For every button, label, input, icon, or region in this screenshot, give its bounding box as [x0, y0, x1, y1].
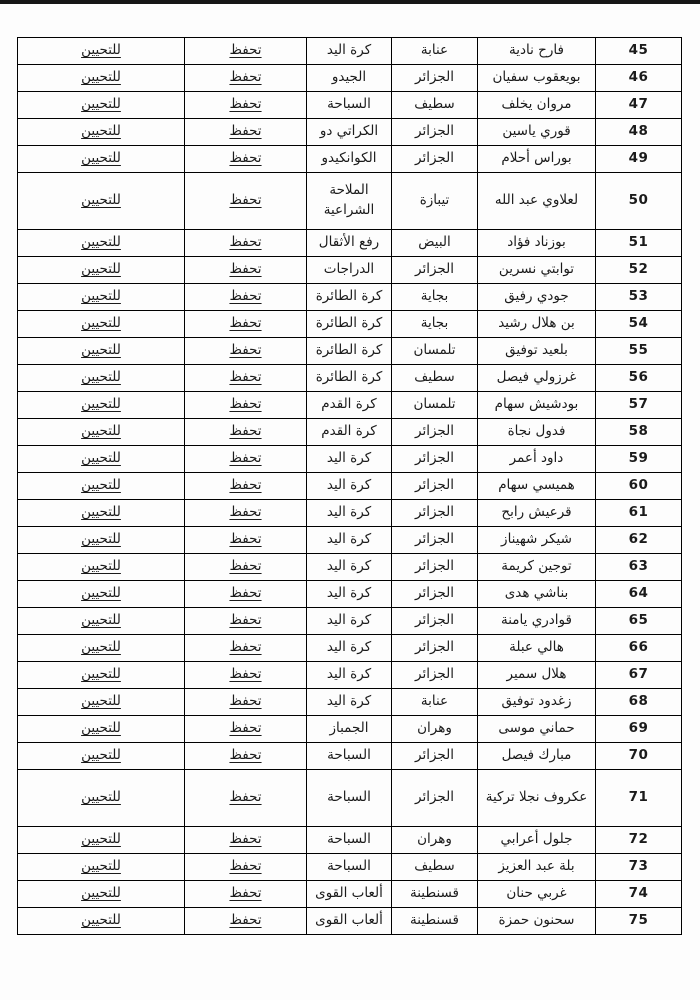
city-cell: الجزائر: [392, 662, 478, 689]
city-cell: الجزائر: [392, 473, 478, 500]
sport-cell: الكوانكيدو: [307, 146, 392, 173]
update-action-cell: للتحيين: [18, 743, 185, 770]
city-cell: تلمسان: [392, 392, 478, 419]
city-cell: سطيف: [392, 365, 478, 392]
update-link[interactable]: للتحيين: [81, 342, 121, 358]
city-cell: وهران: [392, 716, 478, 743]
save-link[interactable]: تحفظ: [229, 720, 261, 736]
city-cell: قسنطينة: [392, 908, 478, 935]
update-link[interactable]: للتحيين: [81, 96, 121, 112]
table-row: 75 سحنون حمزة قسنطينة ألعاب القوى تحفظ ل…: [18, 908, 682, 935]
sport-cell: كرة الطائرة: [307, 338, 392, 365]
save-link[interactable]: تحفظ: [229, 342, 261, 358]
city-cell: الجزائر: [392, 500, 478, 527]
save-link[interactable]: تحفظ: [229, 396, 261, 412]
table-row: 66 هالي عبلة الجزائر كرة اليد تحفظ للتحي…: [18, 635, 682, 662]
update-link[interactable]: للتحيين: [81, 747, 121, 763]
save-action-cell: تحفظ: [185, 230, 307, 257]
athlete-name-cell: قرعيش رابح: [478, 500, 596, 527]
update-link[interactable]: للتحيين: [81, 720, 121, 736]
athlete-name-cell: سحنون حمزة: [478, 908, 596, 935]
table-row: 49 بوراس أحلام الجزائر الكوانكيدو تحفظ ل…: [18, 146, 682, 173]
row-number-cell: 70: [596, 743, 682, 770]
athlete-name-cell: قوري ياسين: [478, 119, 596, 146]
update-link[interactable]: للتحيين: [81, 585, 121, 601]
roster-table-body: 45 فارح نادية عنابة كرة اليد تحفظ للتحيي…: [18, 38, 682, 935]
city-cell: قسنطينة: [392, 881, 478, 908]
table-row: 53 جودي رفيق بجاية كرة الطائرة تحفظ للتح…: [18, 284, 682, 311]
row-number-cell: 73: [596, 854, 682, 881]
save-action-cell: تحفظ: [185, 284, 307, 311]
athlete-name-cell: جلول أعرابي: [478, 827, 596, 854]
save-action-cell: تحفظ: [185, 173, 307, 230]
sport-cell: الجيدو: [307, 65, 392, 92]
table-row: 65 قوادري يامنة الجزائر كرة اليد تحفظ لل…: [18, 608, 682, 635]
athlete-name-cell: بودشيش سهام: [478, 392, 596, 419]
row-number-cell: 64: [596, 581, 682, 608]
table-row: 51 بوزناد فؤاد البيض رفع الأثقال تحفظ لل…: [18, 230, 682, 257]
update-link[interactable]: للتحيين: [81, 693, 121, 709]
update-link[interactable]: للتحيين: [81, 192, 121, 208]
athlete-name-cell: هالي عبلة: [478, 635, 596, 662]
save-link[interactable]: تحفظ: [229, 747, 261, 763]
update-action-cell: للتحيين: [18, 284, 185, 311]
update-link[interactable]: للتحيين: [81, 288, 121, 304]
table-row: 48 قوري ياسين الجزائر الكراتي دو تحفظ لل…: [18, 119, 682, 146]
save-link[interactable]: تحفظ: [229, 504, 261, 520]
update-action-cell: للتحيين: [18, 392, 185, 419]
athlete-name-cell: بويعقوب سفيان: [478, 65, 596, 92]
sport-cell: رفع الأثقال: [307, 230, 392, 257]
update-action-cell: للتحيين: [18, 854, 185, 881]
table-row: 61 قرعيش رابح الجزائر كرة اليد تحفظ للتح…: [18, 500, 682, 527]
update-link[interactable]: للتحيين: [81, 558, 121, 574]
athlete-name-cell: توابتي نسرين: [478, 257, 596, 284]
save-action-cell: تحفظ: [185, 473, 307, 500]
update-link[interactable]: للتحيين: [81, 234, 121, 250]
sport-cell: كرة القدم: [307, 419, 392, 446]
update-action-cell: للتحيين: [18, 119, 185, 146]
table-row: 47 مروان يخلف سطيف السباحة تحفظ للتحيين: [18, 92, 682, 119]
sport-cell: كرة اليد: [307, 581, 392, 608]
update-action-cell: للتحيين: [18, 581, 185, 608]
row-number-cell: 49: [596, 146, 682, 173]
update-action-cell: للتحيين: [18, 446, 185, 473]
save-action-cell: تحفظ: [185, 311, 307, 338]
page-top-divider: [0, 0, 700, 4]
table-row: 62 شيكر شهيناز الجزائر كرة اليد تحفظ للت…: [18, 527, 682, 554]
save-action-cell: تحفظ: [185, 365, 307, 392]
athlete-name-cell: غربي حنان: [478, 881, 596, 908]
update-action-cell: للتحيين: [18, 473, 185, 500]
city-cell: الجزائر: [392, 635, 478, 662]
update-action-cell: للتحيين: [18, 365, 185, 392]
sport-cell: كرة اليد: [307, 554, 392, 581]
city-cell: الجزائر: [392, 65, 478, 92]
update-action-cell: للتحيين: [18, 716, 185, 743]
save-link[interactable]: تحفظ: [229, 585, 261, 601]
update-action-cell: للتحيين: [18, 881, 185, 908]
sport-cell: كرة اليد: [307, 689, 392, 716]
save-action-cell: تحفظ: [185, 689, 307, 716]
update-link[interactable]: للتحيين: [81, 912, 121, 928]
save-action-cell: تحفظ: [185, 392, 307, 419]
save-link[interactable]: تحفظ: [229, 123, 261, 139]
update-link[interactable]: للتحيين: [81, 123, 121, 139]
row-number-cell: 56: [596, 365, 682, 392]
update-action-cell: للتحيين: [18, 908, 185, 935]
row-number-cell: 53: [596, 284, 682, 311]
athlete-name-cell: غرزولي فيصل: [478, 365, 596, 392]
city-cell: سطيف: [392, 92, 478, 119]
row-number-cell: 50: [596, 173, 682, 230]
sport-cell: ألعاب القوى: [307, 908, 392, 935]
save-action-cell: تحفظ: [185, 662, 307, 689]
table-row: 69 حماني موسى وهران الجمباز تحفظ للتحيين: [18, 716, 682, 743]
save-link[interactable]: تحفظ: [229, 831, 261, 847]
athlete-name-cell: بن هلال رشيد: [478, 311, 596, 338]
city-cell: الجزائر: [392, 146, 478, 173]
update-action-cell: للتحيين: [18, 770, 185, 827]
save-link[interactable]: تحفظ: [229, 69, 261, 85]
save-action-cell: تحفظ: [185, 554, 307, 581]
update-action-cell: للتحيين: [18, 662, 185, 689]
athlete-name-cell: هميسي سهام: [478, 473, 596, 500]
athlete-name-cell: توجين كريمة: [478, 554, 596, 581]
table-row: 55 بلعيد توفيق تلمسان كرة الطائرة تحفظ ل…: [18, 338, 682, 365]
update-link[interactable]: للتحيين: [81, 789, 121, 805]
row-number-cell: 46: [596, 65, 682, 92]
city-cell: الجزائر: [392, 419, 478, 446]
sport-cell: كرة اليد: [307, 473, 392, 500]
update-action-cell: للتحيين: [18, 311, 185, 338]
update-action-cell: للتحيين: [18, 554, 185, 581]
update-link[interactable]: للتحيين: [81, 831, 121, 847]
sport-cell: الكراتي دو: [307, 119, 392, 146]
save-link[interactable]: تحفظ: [229, 450, 261, 466]
city-cell: الجزائر: [392, 119, 478, 146]
table-row: 58 فدول نجاة الجزائر كرة القدم تحفظ للتح…: [18, 419, 682, 446]
row-number-cell: 58: [596, 419, 682, 446]
row-number-cell: 69: [596, 716, 682, 743]
update-link[interactable]: للتحيين: [81, 423, 121, 439]
save-link[interactable]: تحفظ: [229, 315, 261, 331]
update-action-cell: للتحيين: [18, 419, 185, 446]
row-number-cell: 62: [596, 527, 682, 554]
city-cell: الجزائر: [392, 608, 478, 635]
athlete-name-cell: فدول نجاة: [478, 419, 596, 446]
row-number-cell: 45: [596, 38, 682, 65]
row-number-cell: 67: [596, 662, 682, 689]
sport-cell: كرة اليد: [307, 38, 392, 65]
update-action-cell: للتحيين: [18, 38, 185, 65]
athlete-name-cell: جودي رفيق: [478, 284, 596, 311]
row-number-cell: 52: [596, 257, 682, 284]
table-row: 72 جلول أعرابي وهران السباحة تحفظ للتحيي…: [18, 827, 682, 854]
athlete-name-cell: بوزناد فؤاد: [478, 230, 596, 257]
city-cell: الجزائر: [392, 554, 478, 581]
sport-cell: الجمباز: [307, 716, 392, 743]
city-cell: الجزائر: [392, 257, 478, 284]
save-link[interactable]: تحفظ: [229, 558, 261, 574]
save-link[interactable]: تحفظ: [229, 789, 261, 805]
athlete-name-cell: مروان يخلف: [478, 92, 596, 119]
sport-cell: كرة الطائرة: [307, 311, 392, 338]
city-cell: الجزائر: [392, 581, 478, 608]
table-row: 67 هلال سمير الجزائر كرة اليد تحفظ للتحي…: [18, 662, 682, 689]
save-link[interactable]: تحفظ: [229, 693, 261, 709]
save-link[interactable]: تحفظ: [229, 288, 261, 304]
row-number-cell: 55: [596, 338, 682, 365]
row-number-cell: 59: [596, 446, 682, 473]
save-link[interactable]: تحفظ: [229, 234, 261, 250]
save-action-cell: تحفظ: [185, 146, 307, 173]
row-number-cell: 72: [596, 827, 682, 854]
save-link[interactable]: تحفظ: [229, 369, 261, 385]
save-link[interactable]: تحفظ: [229, 423, 261, 439]
save-link[interactable]: تحفظ: [229, 858, 261, 874]
document-page: 45 فارح نادية عنابة كرة اليد تحفظ للتحيي…: [0, 0, 700, 1000]
update-link[interactable]: للتحيين: [81, 69, 121, 85]
save-action-cell: تحفظ: [185, 908, 307, 935]
city-cell: تيبازة: [392, 173, 478, 230]
update-link[interactable]: للتحيين: [81, 504, 121, 520]
save-action-cell: تحفظ: [185, 92, 307, 119]
sport-cell: كرة القدم: [307, 392, 392, 419]
sport-cell: ألعاب القوى: [307, 881, 392, 908]
row-number-cell: 54: [596, 311, 682, 338]
save-action-cell: تحفظ: [185, 338, 307, 365]
row-number-cell: 57: [596, 392, 682, 419]
sport-cell: السباحة: [307, 770, 392, 827]
sport-cell: كرة اليد: [307, 635, 392, 662]
update-action-cell: للتحيين: [18, 608, 185, 635]
save-link[interactable]: تحفظ: [229, 912, 261, 928]
update-action-cell: للتحيين: [18, 173, 185, 230]
save-link[interactable]: تحفظ: [229, 261, 261, 277]
update-link[interactable]: للتحيين: [81, 42, 121, 58]
row-number-cell: 48: [596, 119, 682, 146]
update-link[interactable]: للتحيين: [81, 396, 121, 412]
save-action-cell: تحفظ: [185, 119, 307, 146]
update-action-cell: للتحيين: [18, 146, 185, 173]
save-action-cell: تحفظ: [185, 527, 307, 554]
row-number-cell: 66: [596, 635, 682, 662]
update-link[interactable]: للتحيين: [81, 315, 121, 331]
save-action-cell: تحفظ: [185, 500, 307, 527]
table-row: 68 زغدود توفيق عنابة كرة اليد تحفظ للتحي…: [18, 689, 682, 716]
athlete-name-cell: فارح نادية: [478, 38, 596, 65]
athlete-name-cell: بلعيد توفيق: [478, 338, 596, 365]
update-action-cell: للتحيين: [18, 500, 185, 527]
table-row: 73 بلة عبد العزيز سطيف السباحة تحفظ للتح…: [18, 854, 682, 881]
update-link[interactable]: للتحيين: [81, 369, 121, 385]
table-row: 45 فارح نادية عنابة كرة اليد تحفظ للتحيي…: [18, 38, 682, 65]
sport-cell: السباحة: [307, 743, 392, 770]
row-number-cell: 68: [596, 689, 682, 716]
sport-cell: كرة اليد: [307, 608, 392, 635]
athlete-name-cell: شيكر شهيناز: [478, 527, 596, 554]
table-row: 57 بودشيش سهام تلمسان كرة القدم تحفظ للت…: [18, 392, 682, 419]
save-link[interactable]: تحفظ: [229, 612, 261, 628]
save-link[interactable]: تحفظ: [229, 666, 261, 682]
save-action-cell: تحفظ: [185, 716, 307, 743]
table-row: 52 توابتي نسرين الجزائر الدراجات تحفظ لل…: [18, 257, 682, 284]
city-cell: بجاية: [392, 311, 478, 338]
update-link[interactable]: للتحيين: [81, 450, 121, 466]
row-number-cell: 63: [596, 554, 682, 581]
athlete-name-cell: بناشي هدى: [478, 581, 596, 608]
table-row: 64 بناشي هدى الجزائر كرة اليد تحفظ للتحي…: [18, 581, 682, 608]
update-link[interactable]: للتحيين: [81, 612, 121, 628]
row-number-cell: 61: [596, 500, 682, 527]
city-cell: الجزائر: [392, 527, 478, 554]
city-cell: عنابة: [392, 689, 478, 716]
table-row: 54 بن هلال رشيد بجاية كرة الطائرة تحفظ ل…: [18, 311, 682, 338]
athlete-name-cell: بلة عبد العزيز: [478, 854, 596, 881]
athlete-name-cell: لعلاوي عبد الله: [478, 173, 596, 230]
table-row: 46 بويعقوب سفيان الجزائر الجيدو تحفظ للت…: [18, 65, 682, 92]
athlete-name-cell: بوراس أحلام: [478, 146, 596, 173]
table-row: 74 غربي حنان قسنطينة ألعاب القوى تحفظ لل…: [18, 881, 682, 908]
save-link[interactable]: تحفظ: [229, 639, 261, 655]
update-link[interactable]: للتحيين: [81, 477, 121, 493]
update-link[interactable]: للتحيين: [81, 858, 121, 874]
sport-cell: الملاحة الشراعية: [307, 173, 392, 230]
sport-cell: كرة اليد: [307, 446, 392, 473]
update-link[interactable]: للتحيين: [81, 885, 121, 901]
city-cell: الجزائر: [392, 743, 478, 770]
city-cell: الجزائر: [392, 770, 478, 827]
sport-cell: كرة الطائرة: [307, 284, 392, 311]
save-action-cell: تحفظ: [185, 38, 307, 65]
save-action-cell: تحفظ: [185, 635, 307, 662]
save-link[interactable]: تحفظ: [229, 96, 261, 112]
update-action-cell: للتحيين: [18, 635, 185, 662]
athlete-name-cell: زغدود توفيق: [478, 689, 596, 716]
table-row: 71 عكروف نجلا تركية الجزائر السباحة تحفظ…: [18, 770, 682, 827]
update-link[interactable]: للتحيين: [81, 531, 121, 547]
save-link[interactable]: تحفظ: [229, 885, 261, 901]
save-link[interactable]: تحفظ: [229, 150, 261, 166]
city-cell: الجزائر: [392, 446, 478, 473]
athlete-name-cell: حماني موسى: [478, 716, 596, 743]
update-action-cell: للتحيين: [18, 527, 185, 554]
update-action-cell: للتحيين: [18, 338, 185, 365]
save-action-cell: تحفظ: [185, 419, 307, 446]
row-number-cell: 71: [596, 770, 682, 827]
save-action-cell: تحفظ: [185, 65, 307, 92]
table-row: 50 لعلاوي عبد الله تيبازة الملاحة الشراع…: [18, 173, 682, 230]
save-action-cell: تحفظ: [185, 881, 307, 908]
table-row: 56 غرزولي فيصل سطيف كرة الطائرة تحفظ للت…: [18, 365, 682, 392]
table-row: 70 مبارك فيصل الجزائر السباحة تحفظ للتحي…: [18, 743, 682, 770]
sport-cell: الدراجات: [307, 257, 392, 284]
save-link[interactable]: تحفظ: [229, 192, 261, 208]
row-number-cell: 60: [596, 473, 682, 500]
save-link[interactable]: تحفظ: [229, 531, 261, 547]
update-action-cell: للتحيين: [18, 92, 185, 119]
table-row: 63 توجين كريمة الجزائر كرة اليد تحفظ للت…: [18, 554, 682, 581]
city-cell: البيض: [392, 230, 478, 257]
athlete-name-cell: عكروف نجلا تركية: [478, 770, 596, 827]
save-action-cell: تحفظ: [185, 770, 307, 827]
row-number-cell: 74: [596, 881, 682, 908]
save-link[interactable]: تحفظ: [229, 477, 261, 493]
save-action-cell: تحفظ: [185, 581, 307, 608]
city-cell: سطيف: [392, 854, 478, 881]
update-link[interactable]: للتحيين: [81, 666, 121, 682]
update-link[interactable]: للتحيين: [81, 150, 121, 166]
sport-cell: كرة اليد: [307, 527, 392, 554]
athlete-name-cell: داود أعمر: [478, 446, 596, 473]
row-number-cell: 65: [596, 608, 682, 635]
save-link[interactable]: تحفظ: [229, 42, 261, 58]
update-action-cell: للتحيين: [18, 257, 185, 284]
save-action-cell: تحفظ: [185, 608, 307, 635]
save-action-cell: تحفظ: [185, 827, 307, 854]
athletes-roster-table: 45 فارح نادية عنابة كرة اليد تحفظ للتحيي…: [17, 37, 682, 935]
city-cell: بجاية: [392, 284, 478, 311]
athlete-name-cell: مبارك فيصل: [478, 743, 596, 770]
sport-cell: كرة الطائرة: [307, 365, 392, 392]
city-cell: عنابة: [392, 38, 478, 65]
update-action-cell: للتحيين: [18, 65, 185, 92]
row-number-cell: 47: [596, 92, 682, 119]
sport-cell: كرة اليد: [307, 500, 392, 527]
city-cell: تلمسان: [392, 338, 478, 365]
save-action-cell: تحفظ: [185, 446, 307, 473]
row-number-cell: 75: [596, 908, 682, 935]
save-action-cell: تحفظ: [185, 854, 307, 881]
sport-cell: السباحة: [307, 92, 392, 119]
city-cell: وهران: [392, 827, 478, 854]
update-action-cell: للتحيين: [18, 230, 185, 257]
sport-cell: السباحة: [307, 854, 392, 881]
update-link[interactable]: للتحيين: [81, 261, 121, 277]
sport-cell: كرة اليد: [307, 662, 392, 689]
table-row: 59 داود أعمر الجزائر كرة اليد تحفظ للتحي…: [18, 446, 682, 473]
save-action-cell: تحفظ: [185, 743, 307, 770]
update-link[interactable]: للتحيين: [81, 639, 121, 655]
save-action-cell: تحفظ: [185, 257, 307, 284]
table-row: 60 هميسي سهام الجزائر كرة اليد تحفظ للتح…: [18, 473, 682, 500]
sport-cell: السباحة: [307, 827, 392, 854]
athlete-name-cell: قوادري يامنة: [478, 608, 596, 635]
row-number-cell: 51: [596, 230, 682, 257]
update-action-cell: للتحيين: [18, 689, 185, 716]
athlete-name-cell: هلال سمير: [478, 662, 596, 689]
update-action-cell: للتحيين: [18, 827, 185, 854]
